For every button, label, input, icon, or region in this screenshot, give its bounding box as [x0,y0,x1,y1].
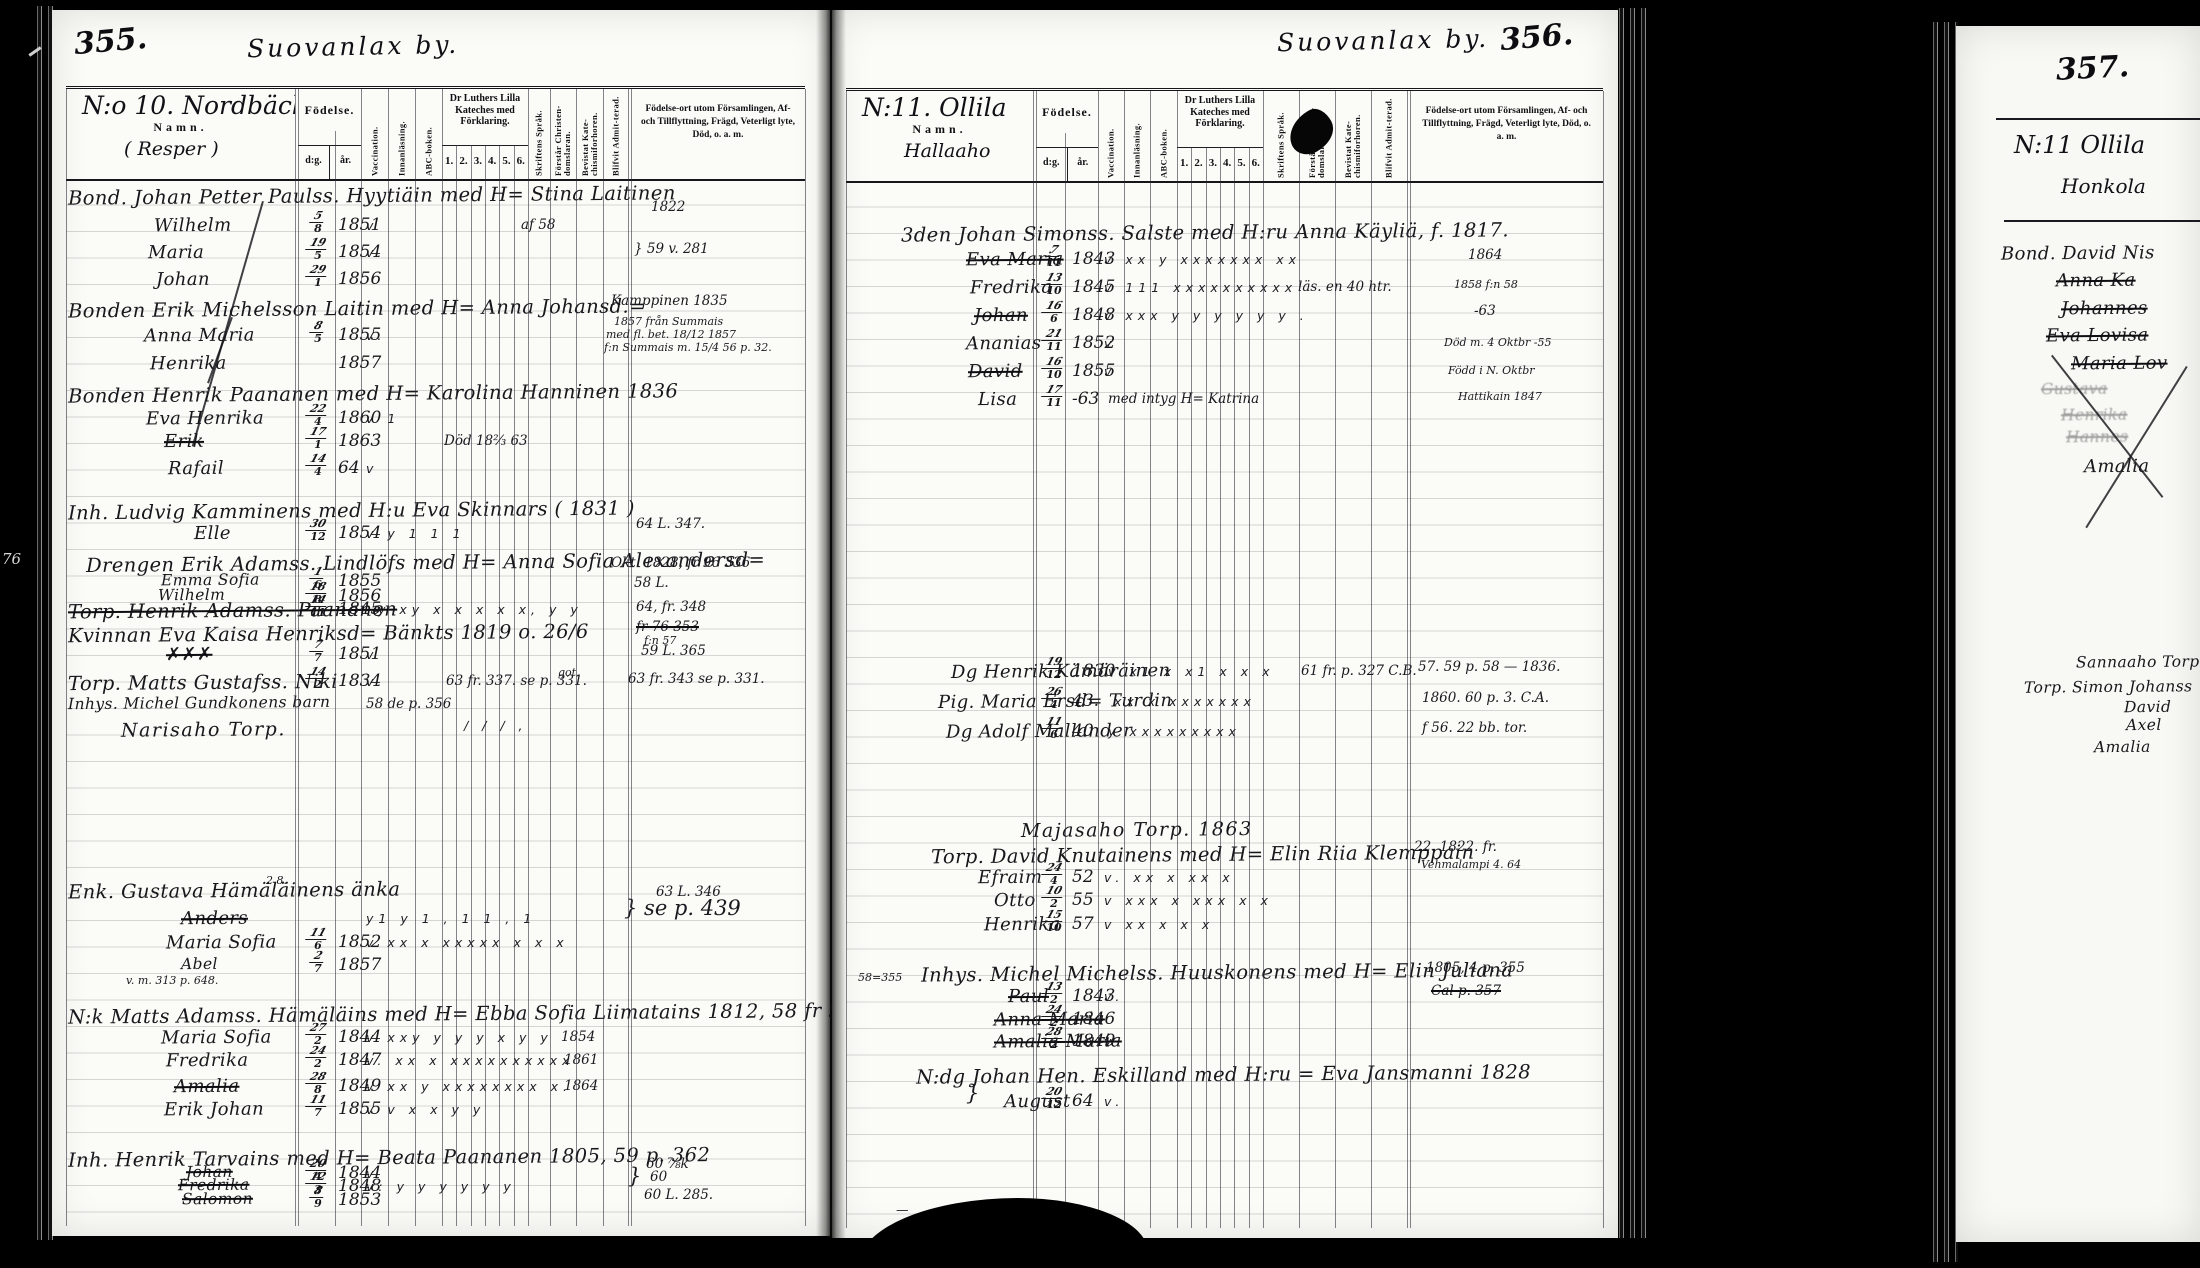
col-attended: Bevistat Kate-chismiforhoren. [576,89,603,179]
entry-birth-day: 195 [304,238,332,261]
entry-line: August201264v. [846,1091,1603,1117]
col-vaccination: Vaccination. [361,89,388,179]
col-birth: Födelse. d:g. år. [298,89,361,179]
entry-line: Hattikain 1847 [846,385,1603,411]
entry-name: Maria [148,242,204,263]
table-header: N:11. Ollila Namn. Hallaaho Födelse. d:g… [846,91,1603,183]
entry-birth-year: 1846 [1072,1009,1115,1029]
edge-mark: 76 [2,550,21,568]
entry-line: Rafail14464v [66,458,805,484]
column-rule [1220,147,1221,1228]
entry-name: Otto [994,890,1036,911]
entry-line: Andersy1 y 1 , 1 1 , 1 [66,908,805,934]
household-subname: ( Resper ) [124,138,295,160]
col-reading: Innanläsning. [388,89,415,179]
entry-line: Maria Lov [1956,353,2200,379]
entry-examination-marks: v xx x x x [1104,917,1214,932]
entry-line: Amalia [1956,738,2200,764]
column-rule [1234,147,1235,1228]
entry-inline-note: 1861 [564,1052,598,1068]
entry-line: 57. 59 p. 58 — 1836. [846,657,1603,683]
entry-name: Johannes [2061,298,2148,320]
col-name-label: Namn. [66,120,295,135]
entry-birth-year: 1863 [338,431,381,451]
column-rule [1150,91,1151,1228]
column-rule [1033,91,1034,1228]
entry-line: ∕ ∕ ∕ , [66,715,805,741]
column-rule [628,89,629,1226]
col-birth-year: år. [1068,148,1099,181]
entry-inline-note: 58 de p. 356 [366,696,451,712]
entry-birth-day: 242 [304,1046,332,1069]
col-admitted: Blifvit Admit-terad. [1371,91,1407,181]
entry-examination-marks: v xx y xxxxxxxx x. [366,1079,572,1094]
entry-line: N:k Matts Adamss. Hämäläins med H= Ebba … [66,1002,805,1028]
left-page-355: 355. Suovanlax by. N:o 10. Nordbäck Namn… [52,10,830,1236]
entry-line: 64 L. 347. [66,514,805,540]
column-rule [471,145,472,1226]
column-rule [1299,91,1300,1228]
entry-examination-marks: v. [366,328,386,343]
column-rule [415,89,416,1226]
entry-name: Erik Johan [164,1099,264,1121]
entry-birth-day: 288 [304,1072,332,1095]
entry-birth-day: 58 [304,211,332,234]
entry-line: Johannes [1956,298,2200,324]
entry-line: Bonden Henrik Paananen med H= Karolina H… [66,382,805,408]
entry-birth-day: 171 [304,427,332,450]
column-rule [576,89,577,1226]
entry-name: N:dg Johan Hen. Eskilland med H:ru = Eva… [916,1060,1531,1088]
entry-birth-day: 85 [304,321,332,344]
column-rule [1124,91,1125,1228]
right-page-356: Suovanlax by. 356. N:11. Ollila Namn. Ha… [832,10,1618,1238]
entry-line: Bond. David Nis [1956,243,2200,269]
col-name-label: Namn. [846,122,1033,137]
entry-examination-marks: v. [366,245,386,260]
column-rule [1263,91,1264,1228]
column-rule [456,145,457,1226]
entry-name: David [2124,698,2171,716]
entry-name: Maria Lov [2071,353,2168,375]
entry-name: Maria Sofia [166,932,277,954]
village-title: Suovanlax by. [247,30,460,63]
column-rule [335,131,336,1226]
scanned-parish-register: 76 355. Suovanlax by. N:o 10. Nordbäck N… [0,0,2200,1268]
record-table: N:11. Ollila Namn. Hallaaho Födelse. d:g… [846,88,1603,1228]
page-stack-edge-right [1616,8,1652,1238]
village-title: Suovanlax by. [1277,24,1490,57]
entry-name: Bond. David Nis [2001,242,2155,264]
entry-birth-day: 117 [304,1095,332,1118]
col-admitted: Blifvit Admit-terad. [603,89,628,179]
entry-name: Amalia [2084,456,2150,478]
col-name: N:o 10. Nordbäck Namn. ( Resper ) [66,89,295,179]
column-rule [1335,91,1336,1228]
entry-examination-marks: ∕ ∕ ∕ , [464,718,528,733]
entry-name: Amalia [174,1076,240,1098]
entry-line: Född i N. Oktbr [846,359,1603,385]
column-rule [1249,147,1250,1228]
entry-examination-marks: v v x x y y [366,1102,485,1117]
entry-name: Rafail [168,458,224,479]
entry-name: Anna Ka [2056,270,2136,292]
entry-line: Erik1711863Död 18⅔ 63 [66,431,805,457]
household-subname: Hallaaho [904,140,1033,162]
column-rule [1206,147,1207,1228]
entry-examination-marks: v [366,461,378,476]
entry-margin-note: Cal p. 357 [1431,983,1501,999]
col-understands: Förstår Christen-domslaran. [550,89,576,179]
entry-margin-note: -63 [1474,303,1496,319]
entry-line: Anna Ka [1956,270,2200,296]
entry-margin-note: 1858 f:n 58 [1454,278,1518,291]
entry-name: Anna Maria [144,325,255,347]
column-rule [603,89,604,1226]
entry-examination-marks: v 1 [366,411,400,426]
entry-birth-day: 89 [304,1186,332,1209]
entry-line: Anna Maria851855v. [66,325,805,351]
entry-line: 3den Johan Simonss. Salste med H:ru Anna… [846,221,1603,247]
entry-birth-year: 64 [338,458,360,478]
entry-name: Eva Lovisa [2046,325,2149,347]
entries-area: 3den Johan Simonss. Salste med H:ru Anna… [846,181,1603,1228]
entry-margin-note: Hattikain 1847 [1458,390,1542,403]
entry-name: Johan [156,269,210,290]
entry-name: Salomon [182,1190,253,1209]
book-gutter-shadow [816,10,846,1238]
entry-name: N:k Matts Adamss. Hämäläins med H= Ebba … [68,998,899,1028]
column-rule [1371,91,1372,1228]
entry-line: Erik Johan1171855v v x x y y [66,1099,805,1125]
col-notes: Födelse-ort utom Församlingen, Af- och T… [1410,91,1603,181]
col-scripture: Skriftens Språk. [528,89,550,179]
column-rule [66,89,67,1226]
column-rule [846,91,847,1228]
entry-line: v. m. 313 p. 648. [66,969,805,995]
page-stack-edge-strip [1930,22,1958,1262]
record-table: N:o 10. Nordbäck Namn. ( Resper ) Födels… [66,86,805,1226]
entry-examination-marks: v. [1104,1094,1124,1109]
entry-birth-year: 55 [1072,890,1094,910]
entry-name: Erik [164,431,204,452]
entry-name: Maria Sofia [161,1027,272,1049]
entry-margin-note: 1864 [1468,247,1502,263]
entry-name: Gustava [2041,380,2108,399]
entry-birth-year: 1857 [338,353,381,373]
col-abc: ABC-boken. [415,89,442,179]
entry-line: Död m. 4 Oktbr -55 [846,331,1603,357]
entry-line: Maria1951854v. [66,242,805,268]
entry-margin-note: 64, fr. 348 [636,599,706,615]
next-page-strip-357: 357. N:11 Ollila Honkola Bond. David Nis… [1956,26,2200,1242]
entry-margin-note: f 56. 22 bb. tor. [1422,720,1527,736]
column-rule [485,145,486,1226]
household-number: N:11. Ollila [862,93,1033,122]
column-rule [550,89,551,1226]
column-rule [295,89,296,1226]
entry-examination-marks: v xx x xxxxx x x x [366,935,569,950]
column-rule [1603,91,1604,1228]
column-rule [1191,147,1192,1228]
column-rule [298,89,299,1226]
column-rule [388,89,389,1226]
column-rule [1065,133,1066,1228]
entry-margin-note: 1822 [651,199,685,215]
entries-area: Bond. Johan Petter Paulss. Hyytiäin med … [66,179,805,1226]
entry-name: Wilhelm [154,215,232,237]
entry-name: Bonden Henrik Paananen med H= Karolina H… [68,379,678,407]
entry-line: Cal p. 357 [846,981,1603,1007]
entry-line: Eva Lovisa [1956,325,2200,351]
entry-name: Anders [181,908,248,930]
entry-examination-marks: y1 y 1 , 1 1 , 1 [366,911,536,926]
entry-margin-note: Död m. 4 Oktbr -55 [1444,336,1552,349]
entry-line: Amalia [1956,456,2200,482]
household-number: N:o 10. Nordbäck [82,91,295,120]
entry-line: Amalia Maria2821849v [846,1031,1603,1057]
entry-line: 63 fr. 343 se p. 331. [66,669,805,695]
entry-birth-day: 291 [304,265,332,288]
entry-birth-day: 2012 [1040,1087,1068,1110]
entry-birth-year: 1853 [338,1190,381,1210]
entry-margin-note: Född i N. Oktbr [1448,364,1535,377]
entry-line: f 56. 22 bb. tor. [846,718,1603,744]
column-rule [361,89,362,1226]
entry-line: -63 [846,301,1603,327]
entry-birth-day: 224 [304,404,332,427]
entry-inline-note: 1864 [564,1078,598,1094]
entry-line: Fredrika2421847v. xx x xxxxxxxxxx1861 [66,1050,805,1076]
entry-line: Gustava [1956,380,2200,406]
entry-name: Hannes [2066,428,2128,447]
entry-birth-day: 102 [1040,886,1068,909]
entry-margin-note: 57. 59 p. 58 — 1836. [1418,659,1560,675]
page-number: 355. [73,21,149,62]
entry-birth-day: 144 [304,454,332,477]
col-birth-day: d:g. [298,146,330,179]
column-rule [631,89,632,1226]
entry-examination-marks: v xxy y y y x y y [366,1030,553,1045]
entry-birth-day: 282 [1040,1027,1068,1050]
entry-margin-note: 1860. 60 p. 3. C.A. [1422,690,1549,706]
entry-line: Hannes [1956,428,2200,454]
entry-margin-note: 64 L. 347. [636,516,705,532]
col-birth-day: d:g. [1036,148,1068,181]
table-header: N:o 10. Nordbäck Namn. ( Resper ) Födels… [66,89,805,181]
entry-birth-year: 52 [1072,867,1094,887]
entry-birth-day: 116 [304,928,332,951]
entry-examination-marks: v [366,218,378,233]
entry-line: Sannaaho Torp. [1956,653,2200,679]
entry-birth-day: 1510 [1040,910,1068,933]
entry-margin-note: 59 L. 365 [641,643,706,659]
column-rule [1036,91,1037,1228]
entry-name: 3den Johan Simonss. Salste med H:ru Anna… [901,218,1509,246]
entry-line: Wilhelm581851vaf 58 [66,215,805,241]
page-number: 356. [1499,17,1575,58]
column-rule [1098,91,1099,1228]
col-reading: Innanläsning. [1124,91,1150,181]
entry-name: Axel [2126,716,2162,734]
entry-name: Eva Henrika [146,407,264,429]
col-vaccination: Vaccination. [1098,91,1124,181]
entry-name: Sannaaho Torp. [2076,652,2200,671]
entry-name: Henrika [2061,406,2128,425]
entry-birth-year: 57 [1072,914,1094,934]
entry-birth-day: 244 [1040,863,1068,886]
column-rule [442,89,443,1226]
column-rule [528,89,529,1226]
column-rule [1407,91,1408,1228]
col-birth: Födelse. d:g. år. [1036,91,1098,181]
entry-name: Torp. Simon Johanss [2024,677,2193,696]
column-rule [514,145,515,1226]
entry-name: Inhys. Michel Gundkonens barn [68,693,331,713]
entry-line: Otto10255v xxx x xxx x x [846,890,1603,916]
entry-line: 1860. 60 p. 3. C.A. [846,688,1603,714]
entry-examination-marks: v xxx x xxx x x [1104,893,1273,908]
column-rule [499,145,500,1226]
entry-birth-year: 1856 [338,269,381,289]
entry-birth-year: 64 [1072,1091,1094,1111]
column-rule [1410,91,1411,1228]
entry-line: 1858 f:n 58 [846,273,1603,299]
entry-line: Salomon891853 [66,1190,805,1216]
col-name: N:11. Ollila Namn. Hallaaho [846,91,1033,181]
page-stack-edge-left [34,6,54,1240]
entry-line: 1864 [846,245,1603,271]
entry-name: Amalia [2094,738,2151,756]
column-rule [805,89,806,1226]
entry-name: Fredrika [166,1050,249,1072]
col-attended: Bevistat Kate-chismiforhoren. [1335,91,1371,181]
entry-inline-note: 1854 [561,1029,595,1045]
entry-name: Henrika [150,353,227,375]
entry-margin-note: 63 fr. 343 se p. 331. [628,671,765,687]
entry-examination-marks: v [1104,1034,1116,1049]
entry-birth-day: 272 [304,1023,332,1046]
entry-margin-note: v. m. 313 p. 648. [126,974,218,987]
col-notes: Födelse-ort utom Församlingen, Af- och T… [631,89,805,179]
entry-line: Henrika1857 [66,353,805,379]
entries-area: Bond. David NisAnna KaJohannesEva Lovisa… [1956,26,2200,1242]
col-abc: ABC-boken. [1150,91,1177,181]
column-rule [1177,91,1178,1228]
entry-line: Henrika151057v xx x x x [846,914,1603,940]
